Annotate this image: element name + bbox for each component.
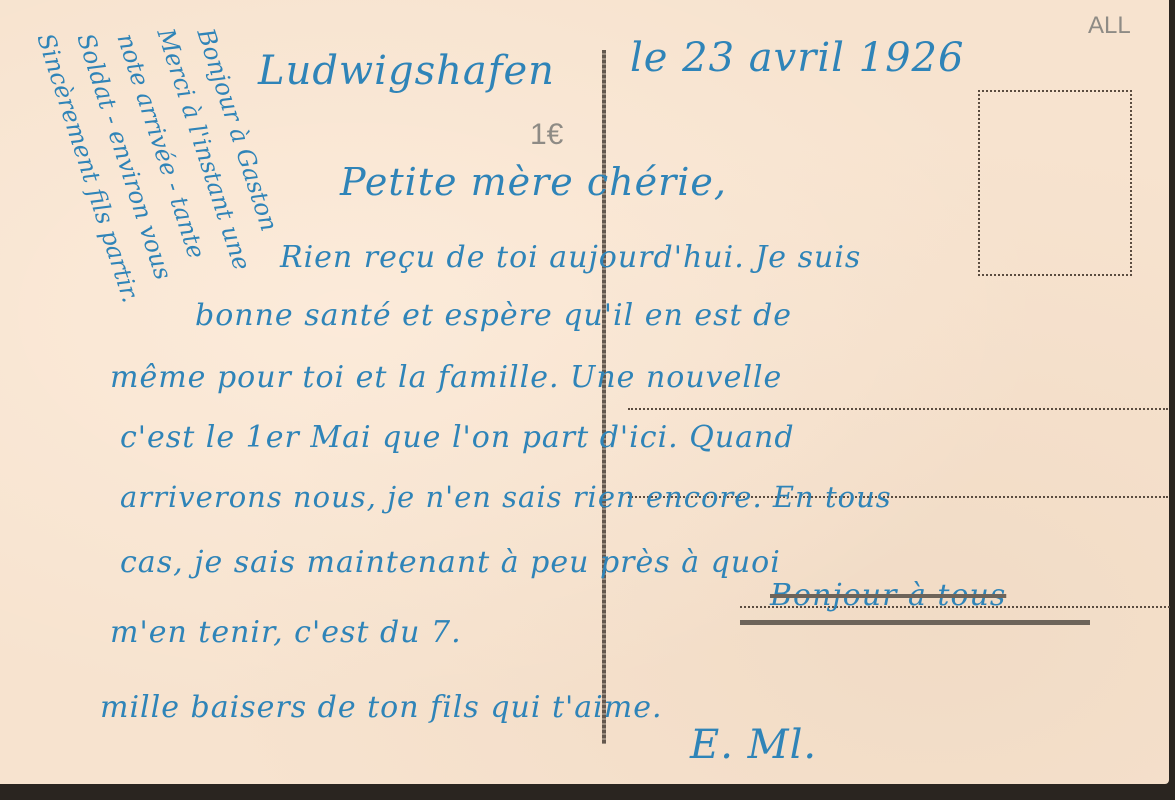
closing-line: mille baisers de ton fils qui t'aime. xyxy=(100,690,663,725)
date-text: le 23 avril 1926 xyxy=(630,35,964,81)
message-line: même pour toi et la famille. Une nouvell… xyxy=(110,360,782,395)
price-pencil-mark: 1€ xyxy=(530,118,563,152)
postcard-back: Bonjour à Gaston Merci à l'instant une n… xyxy=(0,0,1169,784)
message-line: Rien reçu de toi aujourd'hui. Je suis xyxy=(280,240,861,275)
stamp-box xyxy=(978,90,1132,276)
address-line xyxy=(628,408,1168,410)
address-overlay-text: Bonjour à tous xyxy=(770,578,1006,613)
message-line: bonne santé et espère qu'il en est de xyxy=(195,298,792,333)
center-divider xyxy=(602,50,606,744)
place-text: Ludwigshafen xyxy=(258,48,555,94)
greeting: Petite mère chérie, xyxy=(340,160,727,204)
address-line-struck xyxy=(740,620,1090,625)
message-line: m'en tenir, c'est du 7. xyxy=(110,615,462,650)
message-line: arriverons nous, je n'en sais rien encor… xyxy=(120,480,892,514)
message-line: cas, je sais maintenant à peu près à quo… xyxy=(120,545,781,580)
message-line: c'est le 1er Mai que l'on part d'ici. Qu… xyxy=(120,420,795,455)
country-pencil-mark: ALL xyxy=(1088,12,1131,40)
signature: E. Ml. xyxy=(690,722,817,768)
